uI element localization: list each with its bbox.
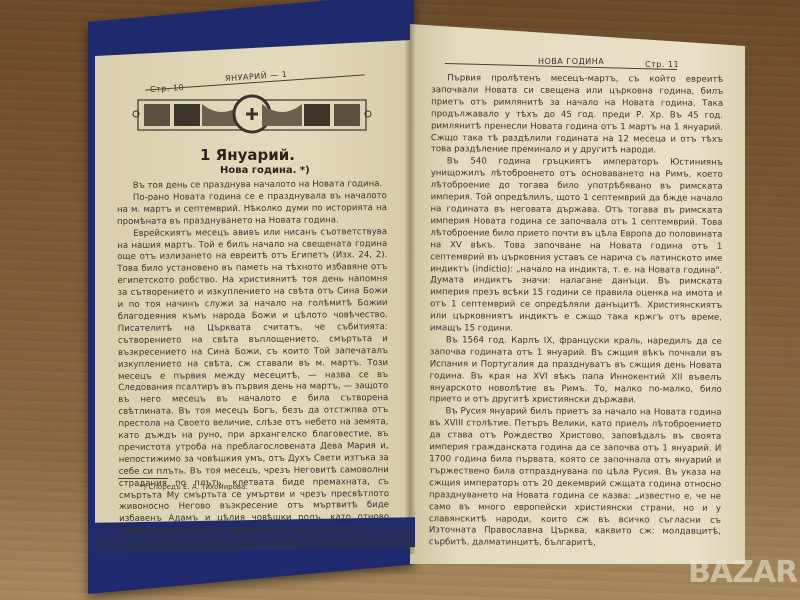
chapter-subtitle: Нова година. *) <box>220 165 310 176</box>
footnote: *) Споредъ Е. А. Тихомирова. <box>140 483 248 491</box>
watermark-logo: BAZAR <box>688 555 797 590</box>
paragraph: Еврейскиятъ месецъ авивъ или нисанъ съот… <box>117 227 389 538</box>
paragraph: Първия пролѣтенъ месецъ-мартъ, съ който … <box>431 73 723 158</box>
book-gutter <box>404 24 416 554</box>
paragraph: Въ 540 година гръцкиятъ императоръ Юстин… <box>430 157 723 337</box>
right-running-header: НОВА ГОДИНА <box>538 57 604 66</box>
right-page-body: Първия пролѣтенъ месецъ-мартъ, съ който … <box>429 73 723 551</box>
chapter-title: 1 Януарий. <box>200 146 295 164</box>
paragraph: По-рано Новата година се е празднувала в… <box>117 191 387 229</box>
decorative-ornament-band <box>132 90 372 138</box>
paragraph: Въ Русия януарий билъ приетъ за начало н… <box>429 407 722 551</box>
paragraph: Въ 1564 год. Карлъ IX, француски краль, … <box>430 335 722 408</box>
footnote-rule <box>118 478 168 479</box>
